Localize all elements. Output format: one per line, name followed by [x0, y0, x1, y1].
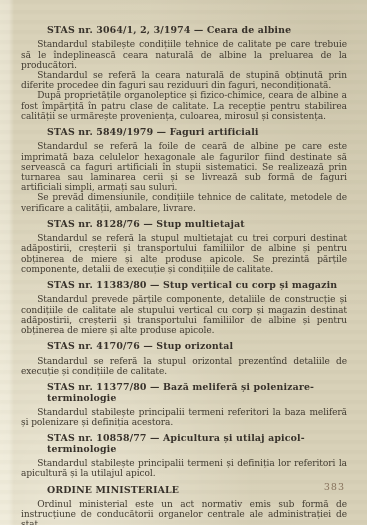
paragraph: Standardul stabilește principalii termen… — [21, 408, 347, 428]
standard-heading: STAS nr. 11383/80 — Stup vertical cu cor… — [47, 281, 347, 291]
paragraph: Ordinul ministerial este un act normativ… — [21, 500, 347, 525]
paragraph: Standardul se referă la ceara naturală d… — [21, 71, 347, 91]
paragraph: Standardul prevede părțile componente, d… — [21, 295, 347, 336]
section-heading: ORDINE MINISTERIALE — [47, 486, 347, 496]
standard-section-stup-vertical: STAS nr. 11383/80 — Stup vertical cu cor… — [21, 281, 347, 336]
paragraph: Standardul se referă la foile de ceară d… — [21, 142, 347, 193]
standard-heading: STAS nr. 5849/1979 — Faguri artificiali — [47, 128, 347, 138]
paragraph: Standardul stabilește condițiile tehnice… — [21, 40, 347, 71]
standard-heading: STAS nr. 11377/80 — Bază meliferă și pol… — [47, 383, 347, 404]
section-ordine-ministeriale: ORDINE MINISTERIALE Ordinul ministerial … — [21, 486, 347, 525]
standard-section-faguri-artificiali: STAS nr. 5849/1979 — Faguri artificiali … — [21, 128, 347, 214]
standard-section-stup-multietajat: STAS nr. 8128/76 — Stup multietajat Stan… — [21, 220, 347, 275]
standard-heading: STAS nr. 3064/1, 2, 3/1974 — Ceara de al… — [47, 26, 347, 36]
page-content: STAS nr. 3064/1, 2, 3/1974 — Ceara de al… — [21, 20, 347, 525]
standard-section-apicultura-terminologie: STAS nr. 10858/77 — Apicultura și utilaj… — [21, 434, 347, 479]
paragraph: După proprietățile organoleptice și fizi… — [21, 91, 347, 122]
standard-section-stup-orizontal: STAS nr. 4170/76 — Stup orizontal Standa… — [21, 342, 347, 377]
standard-heading: STAS nr. 10858/77 — Apicultura și utilaj… — [47, 434, 347, 455]
paragraph: Standardul se referă la stupul multietaj… — [21, 234, 347, 275]
standard-heading: STAS nr. 4170/76 — Stup orizontal — [47, 342, 347, 352]
standard-section-ceara-de-albine: STAS nr. 3064/1, 2, 3/1974 — Ceara de al… — [21, 26, 347, 122]
paragraph: Standardul se referă la stupul orizontal… — [21, 357, 347, 377]
page-number: 383 — [324, 482, 345, 493]
standard-heading: STAS nr. 8128/76 — Stup multietajat — [47, 220, 347, 230]
paragraph: Se prevăd dimensiunile, condițiile tehni… — [21, 193, 347, 213]
paragraph: Standardul stabilește principalii termen… — [21, 459, 347, 479]
document-page: STAS nr. 3064/1, 2, 3/1974 — Ceara de al… — [0, 0, 367, 525]
standard-section-baza-melifera: STAS nr. 11377/80 — Bază meliferă și pol… — [21, 383, 347, 428]
